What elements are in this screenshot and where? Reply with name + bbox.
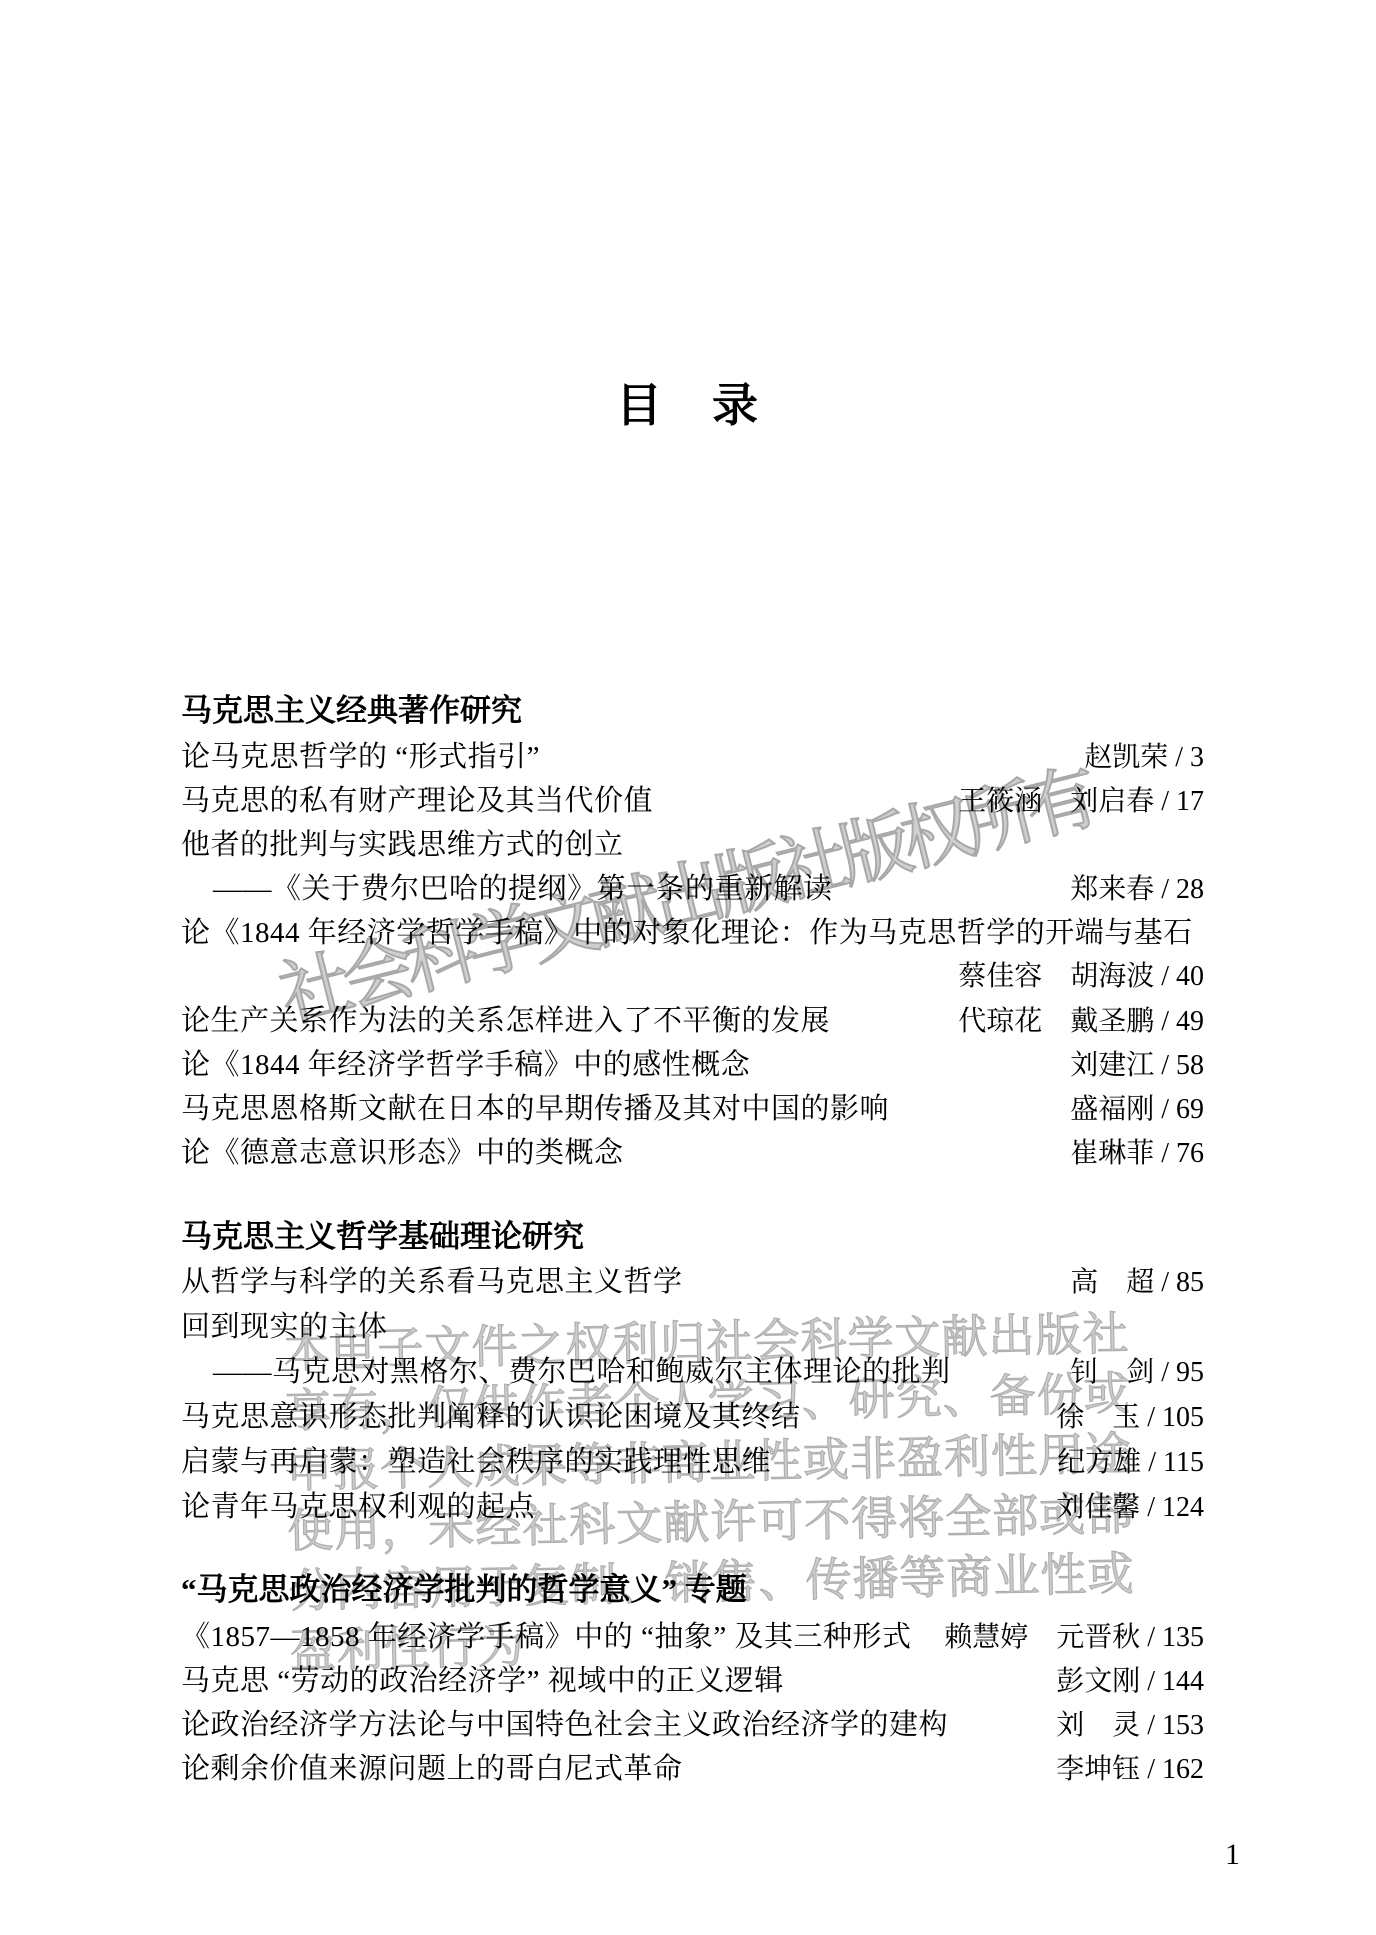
- toc-entry-separator: /: [1147, 1396, 1155, 1440]
- toc-entry-row: 马克思意识形态批判阐释的认识论困境及其终结徐 玉/105: [181, 1395, 1204, 1440]
- toc-entry-page: 85: [1176, 1261, 1204, 1305]
- toc-entry-separator: /: [1161, 1132, 1169, 1176]
- toc-entry-row: 《1857—1858 年经济学手稿》中的 “抽象” 及其三种形式赖慧婷 元晋秋/…: [181, 1615, 1204, 1660]
- toc-entry-title: 回到现实的主体: [181, 1305, 388, 1349]
- toc-entry-row: 论剩余价值来源问题上的哥白尼式革命李坤钰/162: [181, 1747, 1204, 1792]
- toc-section-heading: “马克思政治经济学批判的哲学意义” 专题: [181, 1568, 747, 1612]
- toc-entry-separator: /: [1161, 1044, 1169, 1088]
- toc-entry-title: 马克思的私有财产理论及其当代价值: [181, 779, 653, 823]
- toc-entry-author-page: 刘建江/58: [1070, 1044, 1204, 1088]
- toc-entry-page: 58: [1176, 1044, 1204, 1088]
- toc-entry-separator: /: [1148, 1441, 1156, 1485]
- toc-entry-author-page: 赵凯荣/3: [1084, 736, 1204, 780]
- toc-entry-row: 从哲学与科学的关系看马克思主义哲学高 超/85: [181, 1260, 1204, 1305]
- page-number: 1: [1180, 1838, 1240, 1872]
- toc-entry-page: 135: [1162, 1616, 1204, 1660]
- toc-entry-separator: /: [1175, 736, 1183, 780]
- toc-entry-row: 论《德意志意识形态》中的类概念崔琳菲/76: [181, 1131, 1204, 1176]
- toc-entry-authors: 徐 玉: [1056, 1396, 1140, 1440]
- toc-entry-row: ——《关于费尔巴哈的提纲》第一条的重新解读郑来春/28: [181, 867, 1204, 912]
- toc-entry-row: 论政治经济学方法论与中国特色社会主义政治经济学的建构刘 灵/153: [181, 1703, 1204, 1748]
- toc-entry-row: 论青年马克思权利观的起点刘佳馨/124: [181, 1485, 1204, 1530]
- toc-entry-author-page: 郑来春/28: [1070, 868, 1204, 912]
- toc-entry-separator: /: [1147, 1486, 1155, 1530]
- toc-entry-authors: 刘佳馨: [1056, 1486, 1140, 1530]
- toc-entry-row: 回到现实的主体: [181, 1305, 1204, 1349]
- toc-entry-row: 论马克思哲学的 “形式指引”赵凯荣/3: [181, 735, 1204, 780]
- toc-entry-row: 论生产关系作为法的关系怎样进入了不平衡的发展代琼花 戴圣鹏/49: [181, 999, 1204, 1044]
- toc-entry-separator: /: [1161, 955, 1169, 999]
- toc-entry-title: 论《1844 年经济学哲学手稿》中的对象化理论：作为马克思哲学的开端与基石: [181, 911, 1193, 955]
- toc-entry-authors: 赖慧婷 元晋秋: [944, 1616, 1140, 1660]
- toc-entry-author-page: 崔琳菲/76: [1070, 1132, 1204, 1176]
- toc-entry-title: 论青年马克思权利观的起点: [181, 1485, 535, 1529]
- toc-entry-page: 76: [1176, 1132, 1204, 1176]
- toc-entry-title: ——马克思对黑格尔、费尔巴哈和鲍威尔主体理论的批判: [181, 1350, 951, 1394]
- toc-entry-page: 115: [1163, 1441, 1204, 1485]
- toc-entry-authors: 刘建江: [1070, 1044, 1154, 1088]
- toc-entry-authors: 赵凯荣: [1084, 736, 1168, 780]
- toc-entry-title: 论剩余价值来源问题上的哥白尼式革命: [181, 1747, 683, 1791]
- toc-entry-title: 他者的批判与实践思维方式的创立: [181, 823, 624, 867]
- toc-entry-page: 40: [1176, 955, 1204, 999]
- toc-entry-author-page: 彭文刚/144: [1056, 1660, 1204, 1704]
- toc-entry-page: 105: [1162, 1396, 1204, 1440]
- toc-entry-row: 启蒙与再启蒙：塑造社会秩序的实践理性思维纪方雄/115: [181, 1440, 1204, 1485]
- toc-entry-separator: /: [1161, 780, 1169, 824]
- toc-entry-row: 蔡佳容 胡海波/40: [181, 955, 1204, 999]
- toc-entry-title: 启蒙与再启蒙：塑造社会秩序的实践理性思维: [181, 1440, 771, 1484]
- toc-entry-author-page: 赖慧婷 元晋秋/135: [944, 1616, 1204, 1660]
- toc-entry-author-page: 蔡佳容 胡海波/40: [958, 955, 1204, 999]
- toc-entry-authors: 蔡佳容 胡海波: [958, 955, 1154, 999]
- toc-entry-title: 马克思恩格斯文献在日本的早期传播及其对中国的影响: [181, 1087, 889, 1131]
- toc-entry-author-page: 刘佳馨/124: [1056, 1486, 1204, 1530]
- toc-entry-author-page: 钊 剑/95: [1070, 1351, 1204, 1395]
- toc-entry-page: 124: [1162, 1486, 1204, 1530]
- toc-page: 社会科学文献出版社版权所有 本电子文件之权利归社会科学文献出版社 享有，仅供作者…: [0, 0, 1376, 1935]
- toc-entry-authors: 彭文刚: [1056, 1660, 1140, 1704]
- toc-entry-title: 马克思意识形态批判阐释的认识论困境及其终结: [181, 1395, 801, 1439]
- toc-entry-title: 《1857—1858 年经济学手稿》中的 “抽象” 及其三种形式: [181, 1615, 912, 1659]
- toc-content: 目 录 马克思主义经典著作研究论马克思哲学的 “形式指引”赵凯荣/3马克思的私有…: [0, 0, 1376, 1935]
- toc-entry-separator: /: [1147, 1660, 1155, 1704]
- toc-entry-row: 马克思的私有财产理论及其当代价值王筱涵 刘启春/17: [181, 779, 1204, 824]
- toc-entry-separator: /: [1147, 1704, 1155, 1748]
- toc-entry-title: 论《1844 年经济学哲学手稿》中的感性概念: [181, 1043, 750, 1087]
- toc-entry-separator: /: [1147, 1748, 1155, 1792]
- toc-entry-page: 153: [1162, 1704, 1204, 1748]
- toc-entry-title: 论生产关系作为法的关系怎样进入了不平衡的发展: [181, 999, 830, 1043]
- toc-entry-title: ——《关于费尔巴哈的提纲》第一条的重新解读: [181, 867, 833, 911]
- toc-entry-page: 17: [1176, 780, 1204, 824]
- toc-entry-separator: /: [1161, 1351, 1169, 1395]
- toc-entry-separator: /: [1161, 1261, 1169, 1305]
- toc-entry-author-page: 李坤钰/162: [1056, 1748, 1204, 1792]
- toc-section-heading: 马克思主义哲学基础理论研究: [181, 1215, 584, 1259]
- toc-entry-page: 162: [1162, 1748, 1204, 1792]
- toc-entry-title: 从哲学与科学的关系看马克思主义哲学: [181, 1260, 683, 1304]
- toc-entry-row: ——马克思对黑格尔、费尔巴哈和鲍威尔主体理论的批判钊 剑/95: [181, 1350, 1204, 1395]
- toc-entry-author-page: 徐 玉/105: [1056, 1396, 1204, 1440]
- toc-entry-page: 49: [1176, 1000, 1204, 1044]
- toc-entry-row: 马克思 “劳动的政治经济学” 视域中的正义逻辑彭文刚/144: [181, 1659, 1204, 1704]
- toc-entry-title: 论政治经济学方法论与中国特色社会主义政治经济学的建构: [181, 1703, 948, 1747]
- toc-entry-row: 他者的批判与实践思维方式的创立: [181, 823, 1204, 867]
- toc-entry-authors: 王筱涵 刘启春: [958, 780, 1154, 824]
- page-title: 目 录: [0, 381, 1376, 431]
- toc-entry-authors: 刘 灵: [1056, 1704, 1140, 1748]
- toc-entry-author-page: 刘 灵/153: [1056, 1704, 1204, 1748]
- toc-entry-row: 论《1844 年经济学哲学手稿》中的感性概念刘建江/58: [181, 1043, 1204, 1088]
- toc-entry-page: 3: [1190, 736, 1204, 780]
- toc-entry-page: 95: [1176, 1351, 1204, 1395]
- toc-entry-separator: /: [1161, 868, 1169, 912]
- toc-entry-authors: 盛福刚: [1070, 1088, 1154, 1132]
- toc-entry-authors: 郑来春: [1070, 868, 1154, 912]
- toc-entry-author-page: 代琼花 戴圣鹏/49: [958, 1000, 1204, 1044]
- toc-entry-separator: /: [1161, 1088, 1169, 1132]
- toc-entry-row: 论《1844 年经济学哲学手稿》中的对象化理论：作为马克思哲学的开端与基石: [181, 911, 1204, 955]
- toc-entry-authors: 纪方雄: [1057, 1441, 1141, 1485]
- toc-entry-authors: 李坤钰: [1056, 1748, 1140, 1792]
- toc-entry-title: 论《德意志意识形态》中的类概念: [181, 1131, 624, 1175]
- toc-entry-author-page: 盛福刚/69: [1070, 1088, 1204, 1132]
- toc-entry-title: 论马克思哲学的 “形式指引”: [181, 735, 540, 779]
- toc-entry-authors: 崔琳菲: [1070, 1132, 1154, 1176]
- toc-entry-authors: 高 超: [1070, 1261, 1154, 1305]
- toc-entry-authors: 代琼花 戴圣鹏: [958, 1000, 1154, 1044]
- toc-section-heading: 马克思主义经典著作研究: [181, 689, 522, 733]
- toc-entry-author-page: 高 超/85: [1070, 1261, 1204, 1305]
- toc-entry-separator: /: [1147, 1616, 1155, 1660]
- toc-entry-page: 69: [1176, 1088, 1204, 1132]
- toc-entry-row: 马克思恩格斯文献在日本的早期传播及其对中国的影响盛福刚/69: [181, 1087, 1204, 1132]
- toc-entry-page: 144: [1162, 1660, 1204, 1704]
- toc-entry-authors: 钊 剑: [1070, 1351, 1154, 1395]
- toc-entry-title: 马克思 “劳动的政治经济学” 视域中的正义逻辑: [181, 1659, 784, 1703]
- toc-entry-separator: /: [1161, 1000, 1169, 1044]
- toc-entry-author-page: 王筱涵 刘启春/17: [958, 780, 1204, 824]
- toc-entry-page: 28: [1176, 868, 1204, 912]
- toc-entry-author-page: 纪方雄/115: [1057, 1441, 1204, 1485]
